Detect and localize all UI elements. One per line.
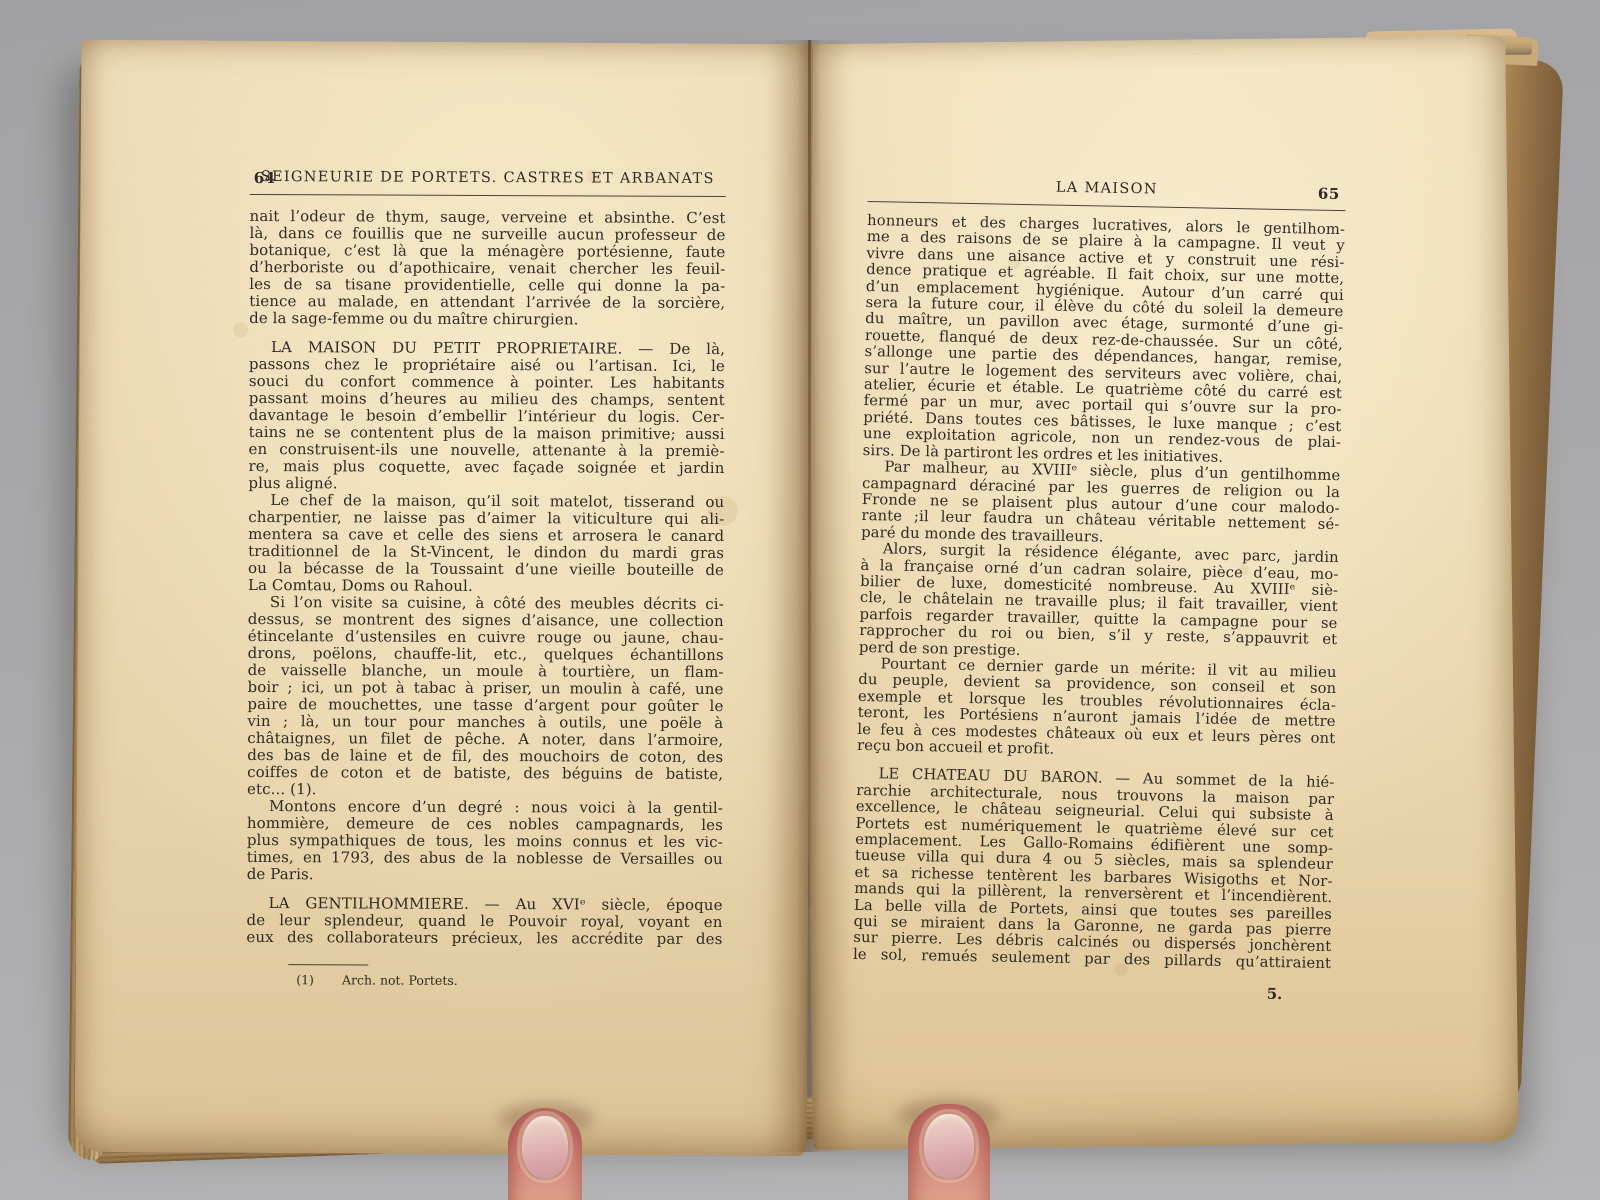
body-paragraph: nait l’odeur de thym, sauge, verveine et… bbox=[249, 208, 726, 329]
body-paragraph: Pourtant ce dernier garde un mérite: il … bbox=[857, 656, 1337, 764]
section-paragraph: LA GENTILHOMMIERE. — Au XVIᵉ siècle, épo… bbox=[246, 895, 722, 948]
text-line: times, en 1793, des abus de la noblesse … bbox=[247, 849, 723, 868]
body-paragraph: honneurs et des charges lucratives, alor… bbox=[863, 213, 1346, 468]
left-page-footnote: (1)Arch. not. Portets. bbox=[246, 964, 722, 989]
photo-stage: 64 SEIGNEURIE DE PORTETS. CASTRES ET ARB… bbox=[0, 0, 1600, 1200]
footnote-marker: (1) bbox=[296, 972, 314, 987]
text-line: de Paris. bbox=[247, 866, 723, 885]
body-paragraph: Le chef de la maison, qu’il soit matelot… bbox=[248, 492, 724, 596]
footnote-body: Arch. not. Portets. bbox=[342, 972, 458, 988]
left-page-paragraphs: nait l’odeur de thym, sauge, verveine et… bbox=[246, 208, 725, 948]
left-finger bbox=[508, 1108, 582, 1200]
text-line: de la sage-femme ou du maître chirurgien… bbox=[249, 310, 725, 329]
right-finger bbox=[908, 1104, 990, 1200]
right-page-text: LA MAISON 65 honneurs et des charges luc… bbox=[852, 176, 1346, 1004]
body-paragraph: Montons encore d’un degré : nous voici à… bbox=[247, 798, 723, 885]
text-line: coiffes de coton et de batiste, des bégu… bbox=[247, 764, 723, 783]
left-page-number: 64 bbox=[254, 169, 276, 187]
left-running-header: 64 SEIGNEURIE DE PORTETS. CASTRES ET ARB… bbox=[250, 169, 726, 193]
body-paragraph: Par malheur, au XVIIIᵉ siècle, plus d’un… bbox=[861, 459, 1340, 550]
text-line: eux des collaborateurs précieux, les acc… bbox=[246, 929, 722, 948]
right-page-paragraphs: honneurs et des charges lucratives, alor… bbox=[853, 213, 1345, 972]
footnote-rule bbox=[288, 964, 368, 965]
left-header-title: SEIGNEURIE DE PORTETS. CASTRES ET ARBANA… bbox=[250, 169, 726, 187]
body-paragraph: Si l’on visite sa cuisine, à côté des me… bbox=[247, 594, 724, 800]
footnote-text: (1)Arch. not. Portets. bbox=[246, 972, 722, 989]
body-paragraph: Alors, surgit la résidence élégante, ave… bbox=[859, 541, 1339, 665]
right-page-number: 65 bbox=[1318, 185, 1340, 203]
left-page-text: 64 SEIGNEURIE DE PORTETS. CASTRES ET ARB… bbox=[246, 169, 726, 989]
right-fingernail bbox=[922, 1112, 976, 1180]
section-paragraph: LE CHATEAU DU BARON. — Au sommet de la h… bbox=[853, 766, 1335, 972]
left-fingernail bbox=[520, 1114, 570, 1180]
section-paragraph: LA MAISON DU PETIT PROPRIETAIRE. — De là… bbox=[248, 339, 725, 494]
left-header-rule bbox=[250, 194, 726, 197]
